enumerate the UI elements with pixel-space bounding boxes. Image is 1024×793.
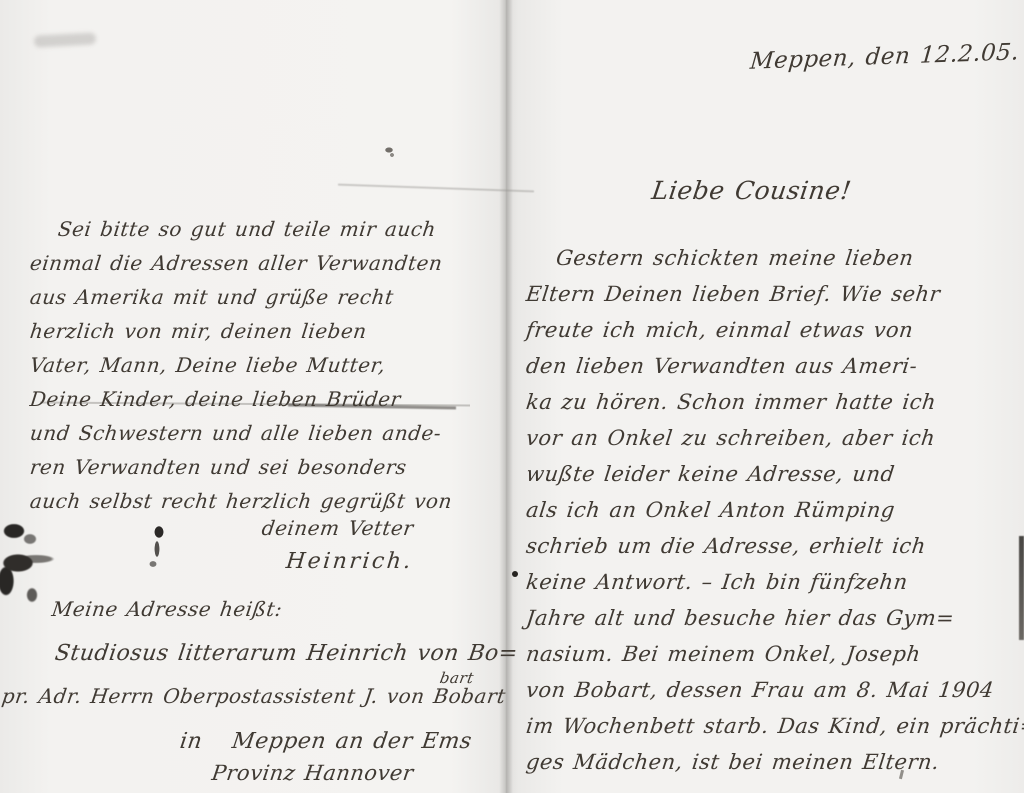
letter-line: Eltern Deinen lieben Brief. Wie sehr <box>524 276 1024 312</box>
address-intro: Meine Adresse heißt: <box>50 597 284 621</box>
letter-line: Gestern schickten meine lieben <box>524 240 1024 276</box>
address-line-place: Meppen an der Ems <box>230 729 473 754</box>
letter-line: freute ich mich, einmal etwas von <box>524 312 1024 348</box>
letter-line: auch selbst recht herzlich gegrüßt von <box>28 484 506 518</box>
letter-line: als ich an Onkel Anton Rümping <box>524 492 1024 528</box>
smudge-mark <box>34 32 97 47</box>
letter-line: Deine Kinder, deine lieben Brüder <box>28 382 506 416</box>
address-line-prefix: in <box>178 729 204 754</box>
address-line: Provinz Hannover <box>210 761 415 785</box>
ink-dot <box>512 571 518 577</box>
letter-scan: Sei bitte so gut und teile mir auch einm… <box>0 0 1024 793</box>
dateline: Meppen, den 12.2.05. <box>749 39 1020 74</box>
address-line: pr. Adr. Herrn Oberpostassistent J. von … <box>0 684 507 708</box>
right-page-paragraph: Gestern schickten meine lieben Eltern De… <box>524 240 1022 780</box>
letter-line: den lieben Verwandten aus Ameri- <box>524 348 1024 384</box>
letter-line: ges Mädchen, ist bei meinen Eltern. <box>524 744 1024 780</box>
letter-line: schrieb um die Adresse, erhielt ich <box>524 528 1024 564</box>
letter-line: wußte leider keine Adresse, und <box>524 456 1024 492</box>
letter-line: keine Antwort. – Ich bin fünfzehn <box>524 564 1024 600</box>
letter-line: ren Verwandten und sei besonders <box>28 450 506 484</box>
letter-line: im Wochenbett starb. Das Kind, ein präch… <box>524 708 1024 744</box>
left-page-paragraph: Sei bitte so gut und teile mir auch einm… <box>28 212 502 518</box>
letter-line: einmal die Adressen aller Verwandten <box>28 246 506 280</box>
letter-line: Jahre alt und besuche hier das Gym= <box>524 600 1024 636</box>
ink-blot <box>146 523 170 571</box>
letter-line: Vater, Mann, Deine liebe Mutter, <box>28 348 506 382</box>
address-line: inMeppen an der Ems <box>178 729 473 754</box>
address-line: Studiosus litterarum Heinrich von Bo= <box>53 641 519 666</box>
letter-line: Sei bitte so gut und teile mir auch <box>28 212 506 246</box>
closing-line: deinem Vetter <box>260 516 415 540</box>
letter-line: ka zu hören. Schon immer hatte ich <box>524 384 1024 420</box>
letter-line: und Schwestern und alle lieben ande- <box>28 416 506 450</box>
signature: Heinrich. <box>285 549 415 574</box>
salutation: Liebe Cousine! <box>650 176 853 205</box>
letter-line: vor an Onkel zu schreiben, aber ich <box>524 420 1024 456</box>
smudge-mark <box>382 145 397 158</box>
letter-line: nasium. Bei meinem Onkel, Joseph <box>524 636 1024 672</box>
letter-line: herzlich von mir, deinen lieben <box>28 314 506 348</box>
letter-line: von Bobart, dessen Frau am 8. Mai 1904 <box>524 672 1024 708</box>
letter-line: aus Amerika mit und grüße recht <box>28 280 506 314</box>
